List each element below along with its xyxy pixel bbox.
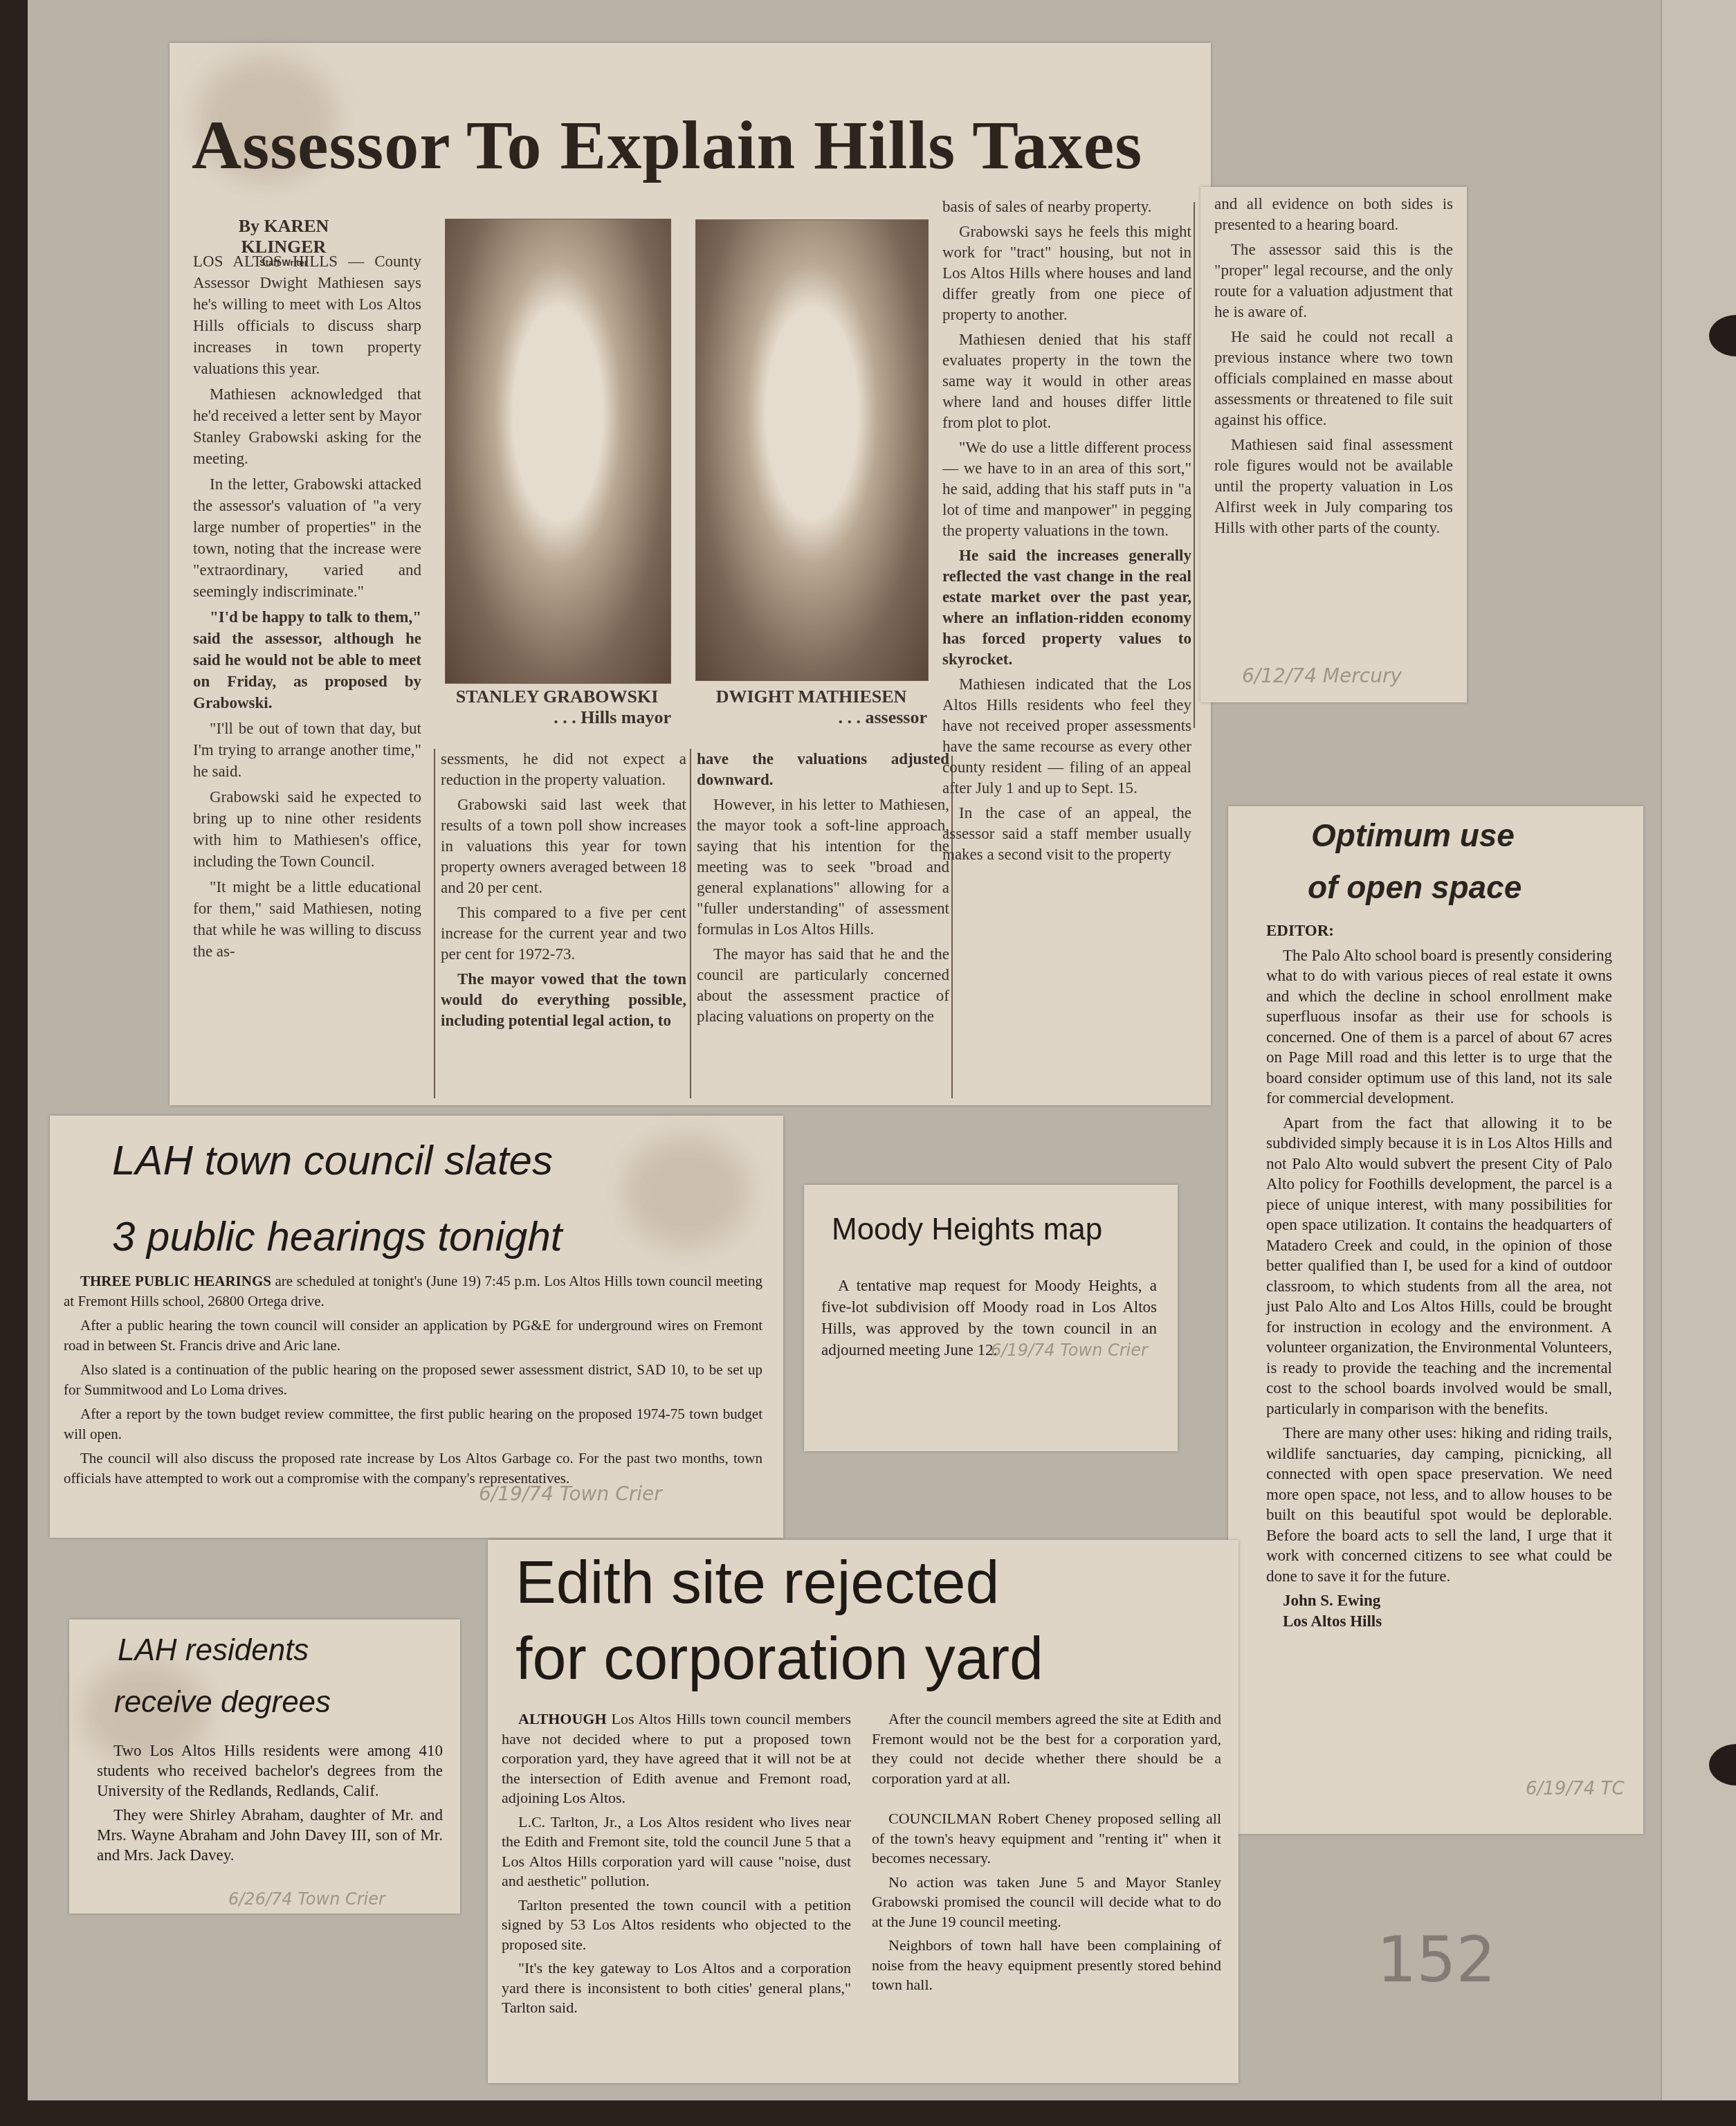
moody-article-clipping: Moody Heights map A tentative map reques… <box>804 1185 1178 1451</box>
column-rule <box>690 749 691 1098</box>
letter-body: EDITOR: The Palo Alto school board is pr… <box>1266 920 1612 1631</box>
degrees-article-clipping: LAH residents receive degrees Two Los Al… <box>69 1619 460 1914</box>
council-body: THREE PUBLIC HEARINGS are scheduled at t… <box>64 1271 762 1493</box>
letter-signature-place: Los Altos Hills <box>1266 1611 1612 1632</box>
handwritten-date-note: 6/19/74 TC <box>1526 1779 1625 1799</box>
open-space-letter-clipping: Optimum use of open space EDITOR: The Pa… <box>1228 806 1643 1834</box>
edith-right-column: After the council members agreed the sit… <box>872 1709 1221 1999</box>
assessor-col-3: have the valuations adjusted downward. H… <box>697 749 949 1031</box>
assessor-col-4: basis of sales of nearby property. Grabo… <box>942 197 1191 869</box>
column-rule <box>1194 202 1195 728</box>
edith-article-clipping: Edith site rejected for corporation yard… <box>488 1540 1239 2083</box>
letter-salutation: EDITOR: <box>1266 920 1612 941</box>
edith-left-column: ALTHOUGH Los Altos Hills town council me… <box>502 1709 851 2022</box>
degrees-headline-line2: receive degrees <box>114 1685 331 1720</box>
assessor-headline: Assessor To Explain Hills Taxes <box>192 105 1142 185</box>
lead-caps: ALTHOUGH <box>518 1710 607 1727</box>
degrees-body: Two Los Altos Hills residents were among… <box>97 1741 443 1869</box>
council-headline-line2: 3 public hearings tonight <box>112 1212 562 1260</box>
assessor-col-1: LOS ALTOS HILLS — County Assessor Dwight… <box>193 251 421 966</box>
degrees-headline-line1: LAH residents <box>118 1633 309 1668</box>
photo-caption-mathiesen: DWIGHT MATHIESEN . . . assessor <box>695 687 927 728</box>
letter-signature-name: John S. Ewing <box>1266 1590 1612 1611</box>
moody-headline: Moody Heights map <box>832 1212 1102 1247</box>
handwritten-date-note: 6/19/74 Town Crier <box>479 1482 662 1505</box>
photo-caption-grabowski: STANLEY GRABOWSKI . . . Hills mayor <box>443 687 671 728</box>
assessor-col-2: sessments, he did not expect a reduction… <box>441 749 686 1035</box>
handwritten-date-note: 6/12/74 Mercury <box>1242 664 1402 687</box>
edith-headline-line2: for corporation yard <box>515 1623 1043 1693</box>
edith-headline-line1: Edith site rejected <box>515 1547 1000 1617</box>
page-edge <box>1661 0 1736 2100</box>
assessor-continuation-clipping: and all evidence on both sides is presen… <box>1200 187 1467 702</box>
page-number: 152 <box>1377 1924 1496 1997</box>
handwritten-date-note: 6/19/74 Town Crier <box>991 1341 1148 1360</box>
letter-headline-line1: Optimum use <box>1311 817 1515 854</box>
letter-headline-line2: of open space <box>1308 869 1522 906</box>
handwritten-date-note: 6/26/74 Town Crier <box>228 1889 385 1909</box>
photo-stanley-grabowski <box>445 219 671 684</box>
council-headline-line1: LAH town council slates <box>112 1136 553 1184</box>
council-article-clipping: LAH town council slates 3 public hearing… <box>50 1116 783 1538</box>
assessor-col-5: and all evidence on both sides is presen… <box>1214 194 1453 543</box>
lead-caps: THREE PUBLIC HEARINGS <box>80 1273 271 1289</box>
assessor-article-clipping: Assessor To Explain Hills Taxes By KAREN… <box>170 43 1211 1105</box>
column-rule <box>434 749 435 1098</box>
photo-dwight-mathiesen <box>695 219 929 681</box>
